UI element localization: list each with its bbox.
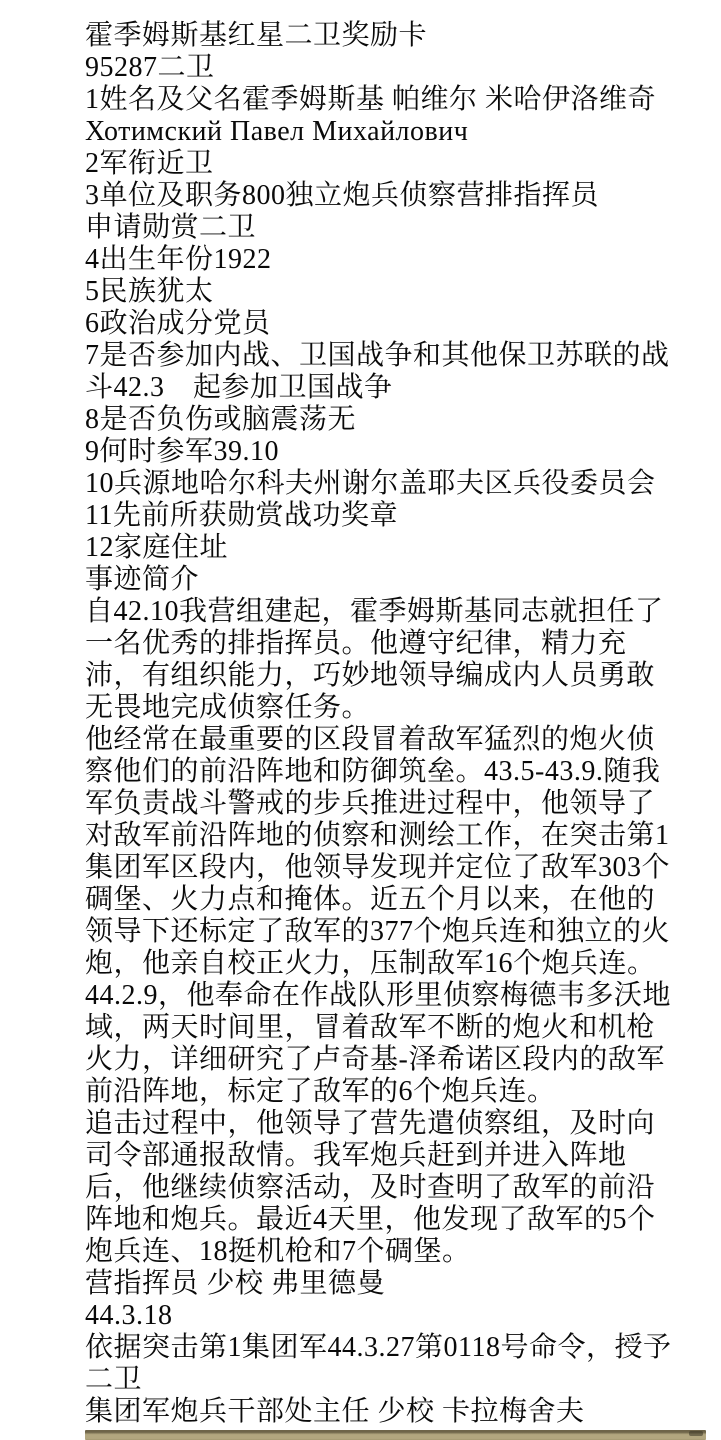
text-line: 领导下还标定了敌军的377个炮兵连和独立的火	[85, 916, 685, 948]
text-line: 无畏地完成侦察任务。	[85, 692, 685, 724]
text-line: 斗42.3 起参加卫国战争	[85, 372, 685, 404]
text-line: 9何时参军39.10	[85, 436, 685, 468]
text-line: 95287二卫	[85, 52, 685, 84]
text-line: 司令部通报敌情。我军炮兵赶到并进入阵地	[85, 1140, 685, 1172]
text-line: 1姓名及父名霍季姆斯基 帕维尔 米哈伊洛维奇	[85, 84, 685, 116]
text-line: 前沿阵地，标定了敌军的6个炮兵连。	[85, 1076, 685, 1108]
text-line: 8是否负伤或脑震荡无	[85, 404, 685, 436]
text-line: 对敌军前沿阵地的侦察和测绘工作，在突击第1	[85, 820, 685, 852]
text-line: 3单位及职务800独立炮兵侦察营排指挥员	[85, 180, 685, 212]
text-line: 察他们的前沿阵地和防御筑垒。43.5-43.9.随我	[85, 756, 685, 788]
text-line: 霍季姆斯基红星二卫奖励卡	[85, 20, 685, 52]
text-line: 12家庭住址	[85, 532, 685, 564]
text-line: 营指挥员 少校 弗里德曼	[85, 1268, 685, 1300]
text-line: 他经常在最重要的区段冒着敌军猛烈的炮火侦	[85, 724, 685, 756]
text-line: 后，他继续侦察活动，及时查明了敌军的前沿	[85, 1172, 685, 1204]
text-line: 炮兵连、18挺机枪和7个碉堡。	[85, 1236, 685, 1268]
text-line: 集团军炮兵干部处主任 少校 卡拉梅舍夫	[85, 1396, 685, 1428]
text-line: 军负责战斗警戒的步兵推进过程中，他领导了	[85, 788, 685, 820]
text-line: 4出生年份1922	[85, 244, 685, 276]
translated-text-block: 霍季姆斯基红星二卫奖励卡95287二卫1姓名及父名霍季姆斯基 帕维尔 米哈伊洛维…	[85, 20, 685, 1428]
text-line: 申请勋赏二卫	[85, 212, 685, 244]
text-line: 11先前所获勋赏战功奖章	[85, 500, 685, 532]
text-line: 集团军区段内，他领导发现并定位了敌军303个	[85, 852, 685, 884]
text-line: 5民族犹太	[85, 276, 685, 308]
text-line: 阵地和炮兵。最近4天里，他发现了敌军的5个	[85, 1204, 685, 1236]
text-line: 一名优秀的排指挥员。他遵守纪律，精力充	[85, 628, 685, 660]
text-line: 自42.10我营组建起，霍季姆斯基同志就担任了	[85, 596, 685, 628]
text-line: 火力，详细研究了卢奇基-泽希诺区段内的敌军	[85, 1044, 685, 1076]
text-line: 二卫	[85, 1364, 685, 1396]
scan-artifact-speck	[689, 1431, 703, 1436]
text-line: 炮，他亲自校正火力，压制敌军16个炮兵连。	[85, 948, 685, 980]
text-line: 碉堡、火力点和掩体。近五个月以来，在他的	[85, 884, 685, 916]
text-line: 44.3.18	[85, 1300, 685, 1332]
text-line: 2军衔近卫	[85, 148, 685, 180]
document-page: 霍季姆斯基红星二卫奖励卡95287二卫1姓名及父名霍季姆斯基 帕维尔 米哈伊洛维…	[0, 0, 721, 1440]
text-line: Хотимский Павел Михайлович	[85, 116, 685, 148]
text-line: 事迹简介	[85, 564, 685, 596]
text-line: 7是否参加内战、卫国战争和其他保卫苏联的战	[85, 340, 685, 372]
text-line: 44.2.9，他奉命在作战队形里侦察梅德韦多沃地	[85, 980, 685, 1012]
text-line: 依据突击第1集团军44.3.27第0118号命令，授予	[85, 1332, 685, 1364]
scanned-paper-top-edge	[85, 1430, 706, 1440]
text-line: 追击过程中，他领导了营先遣侦察组，及时向	[85, 1108, 685, 1140]
text-line: 沛，有组织能力，巧妙地领导编成内人员勇敢	[85, 660, 685, 692]
text-line: 10兵源地哈尔科夫州谢尔盖耶夫区兵役委员会	[85, 468, 685, 500]
text-line: 域，两天时间里，冒着敌军不断的炮火和机枪	[85, 1012, 685, 1044]
text-line: 6政治成分党员	[85, 308, 685, 340]
